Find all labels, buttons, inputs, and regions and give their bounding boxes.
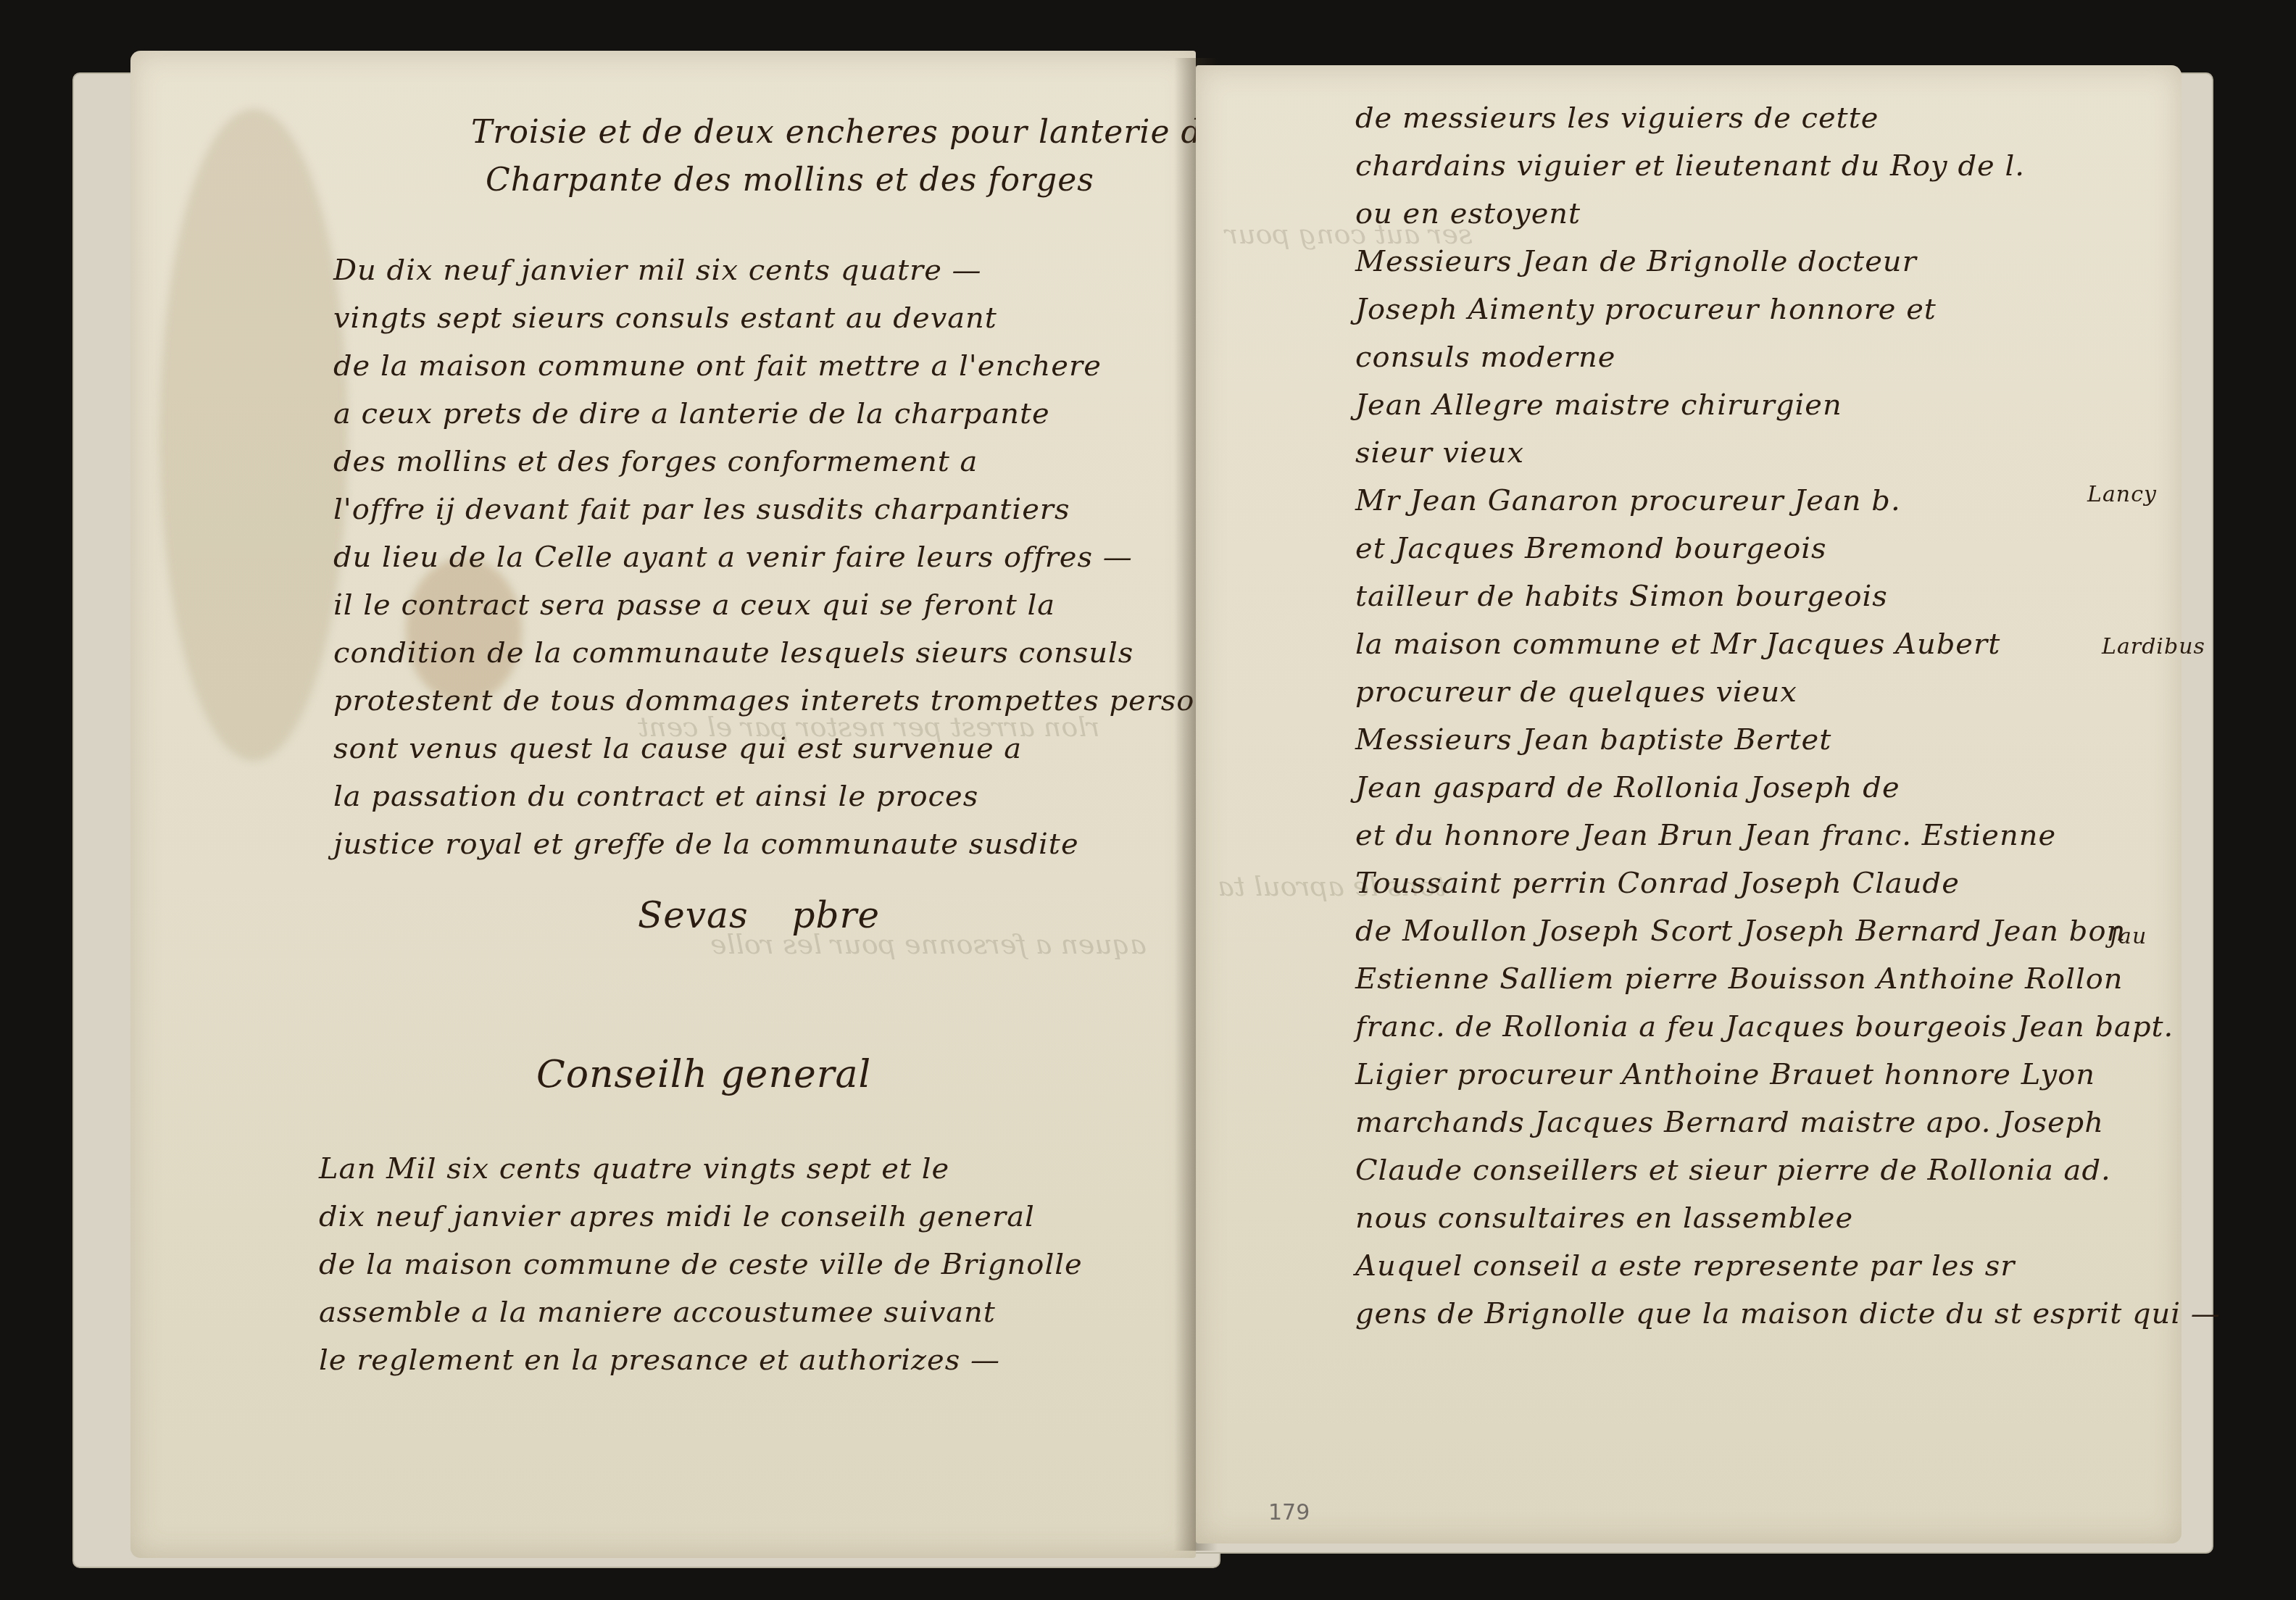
text-line: Toussaint perrin Conrad Joseph Claude (1355, 859, 2221, 907)
text-line: Claude conseillers et sieur pierre de Ro… (1355, 1146, 2221, 1194)
text-line: assemble a la maniere accoustumee suivan… (319, 1288, 1083, 1336)
manuscript-spread: rlon arrest per nestor par el cent aquen… (43, 29, 2210, 1587)
signature: pbre (792, 891, 881, 939)
text-line: vingts sept sieurs consuls estant au dev… (333, 294, 1267, 342)
right-page: ser aut cong pour tons le aproul ta de m… (1196, 65, 2181, 1543)
text-line: marchands Jacques Bernard maistre apo. J… (1355, 1099, 2221, 1146)
council-paragraph: Lan Mil six cents quatre vingts sept et … (319, 1145, 1083, 1384)
text-line: Joseph Aimenty procureur honnore et (1355, 286, 2221, 333)
left-page: rlon arrest per nestor par el cent aquen… (130, 51, 1196, 1558)
text-line: Messieurs Jean baptiste Bertet (1355, 716, 2221, 764)
text-line: et du honnore Jean Brun Jean franc. Esti… (1355, 812, 2221, 859)
text-line: Messieurs Jean de Brignolle docteur (1355, 238, 2221, 286)
text-line: a ceux prets de dire a lanterie de la ch… (333, 390, 1267, 438)
text-line: protestent de tous dommages interets tro… (333, 677, 1267, 725)
text-line: justice royal et greffe de la communaute… (333, 820, 1267, 868)
section-title-block: Conseilh general (536, 1051, 871, 1099)
text-line: de la maison commune de ceste ville de B… (319, 1241, 1083, 1288)
heading-line: Troisie et de deux encheres pour lanteri… (471, 109, 1263, 157)
text-line: franc. de Rollonia a feu Jacques bourgeo… (1355, 1003, 2221, 1051)
water-stain (159, 109, 348, 761)
text-line: consuls moderne (1355, 333, 2221, 381)
text-line: de la maison commune ont fait mettre a l… (333, 342, 1267, 390)
text-line: Jean gaspard de Rollonia Joseph de (1355, 764, 2221, 812)
text-line: Estienne Salliem pierre Bouisson Anthoin… (1355, 955, 2221, 1003)
text-line: procureur de quelques vieux (1355, 668, 2221, 716)
text-line: de messieurs les viguiers de cette (1355, 94, 2221, 142)
text-line: du lieu de la Celle ayant a venir faire … (333, 533, 1267, 581)
text-line: condition de la communaute lesquels sieu… (333, 629, 1267, 677)
attendance-list: de messieurs les viguiers de cette chard… (1355, 94, 2221, 1338)
signature: Sevas (638, 891, 749, 939)
margin-note: Lardibus (2102, 623, 2205, 671)
text-line: ou en estoyent (1355, 190, 2221, 238)
margin-note: Lancy (2087, 471, 2157, 519)
folio-number: 179 (1268, 1500, 1310, 1525)
text-line: la passation du contract et ainsi le pro… (333, 772, 1267, 820)
text-line: tailleur de habits Simon bourgeois (1355, 572, 2221, 620)
text-line: sont venus quest la cause qui est surven… (333, 725, 1267, 772)
text-line: Du dix neuf janvier mil six cents quatre… (333, 246, 1267, 294)
text-line: il le contract sera passe a ceux qui se … (333, 581, 1267, 629)
section-title: Conseilh general (536, 1051, 871, 1099)
text-line: sieur vieux (1355, 429, 2221, 477)
text-line: la maison commune et Mr Jacques Aubert (1355, 620, 2221, 668)
text-line: Ligier procureur Anthoine Brauet honnore… (1355, 1051, 2221, 1099)
margin-note: Jau (2109, 913, 2147, 961)
act-heading: Troisie et de deux encheres pour lanteri… (471, 109, 1263, 204)
text-line: gens de Brignolle que la maison dicte du… (1355, 1290, 2221, 1338)
text-line: et Jacques Bremond bourgeois (1355, 525, 2221, 572)
text-line: chardains viguier et lieutenant du Roy d… (1355, 142, 2221, 190)
text-line: le reglement en la presance et authorize… (319, 1336, 1083, 1384)
signature-block: Sevas pbre (638, 891, 880, 939)
text-line: des mollins et des forges conformement a (333, 438, 1267, 486)
heading-line: Charpante des mollins et des forges (486, 157, 1263, 204)
text-line: dix neuf janvier apres midi le conseilh … (319, 1193, 1083, 1241)
text-line: Jean Allegre maistre chirurgien (1355, 381, 2221, 429)
text-line: de Moullon Joseph Scort Joseph Bernard J… (1355, 907, 2221, 955)
text-line: Lan Mil six cents quatre vingts sept et … (319, 1145, 1083, 1193)
text-line: l'offre ij devant fait par les susdits c… (333, 486, 1267, 533)
text-line: Auquel conseil a este represente par les… (1355, 1242, 2221, 1290)
act-paragraph: Du dix neuf janvier mil six cents quatre… (333, 246, 1267, 868)
text-line: nous consultaires en lassemblee (1355, 1194, 2221, 1242)
